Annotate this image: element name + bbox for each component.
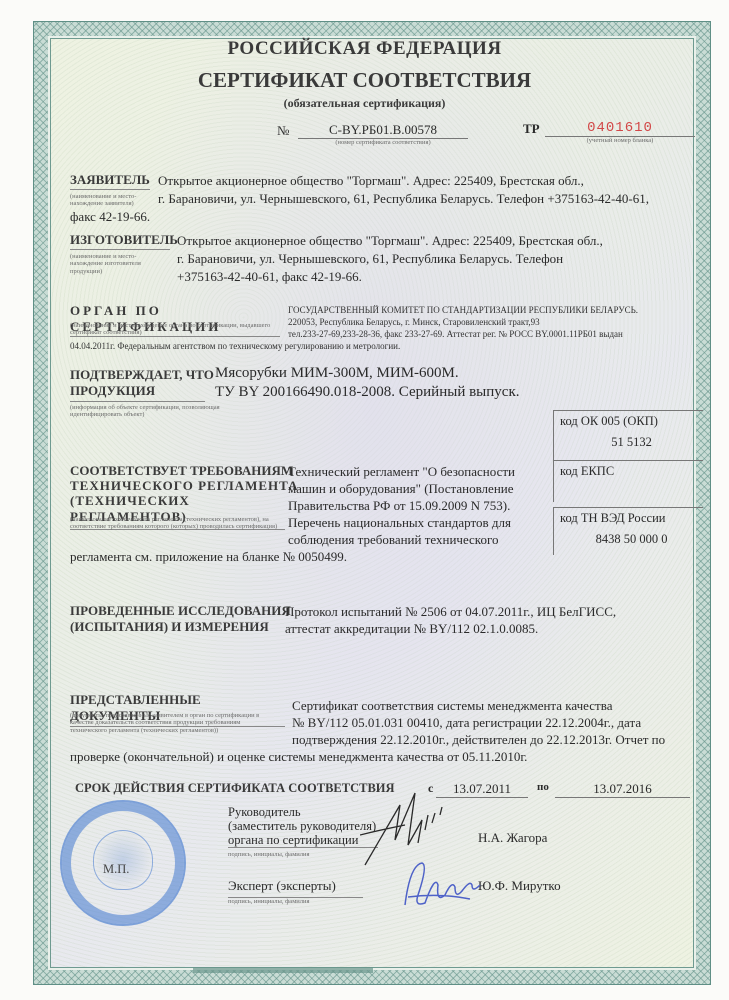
head-title-line1: Руководитель [228, 805, 378, 819]
certificate-title: СЕРТИФИКАТ СООТВЕТСТВИЯ [0, 68, 729, 93]
head-caption: подпись, инициалы, фамилия [228, 851, 310, 858]
validity-to-label: по [537, 781, 549, 793]
documents-line2: № BY/112 05.01.031 00410, дата регистрац… [292, 714, 641, 731]
certification-body-line2: 220053, Республика Беларусь, г. Минск, С… [288, 316, 540, 328]
number-sign: № [277, 123, 289, 139]
certification-body-line4: 04.04.2011г. Федеральным агентством по т… [70, 340, 400, 352]
okp-code-box: код ОК 005 (ОКП) 51 5132 [553, 410, 703, 462]
tnved-code-box: код ТН ВЭД России 8438 50 000 0 [553, 507, 703, 555]
certification-body-line1: ГОСУДАРСТВЕННЫЙ КОМИТЕТ ПО СТАНДАРТИЗАЦИ… [288, 304, 638, 316]
head-title: Руководитель (заместитель руководителя) … [228, 805, 378, 848]
applicant-line1: Открытое акционерное общество "Торгмаш".… [158, 172, 584, 189]
certificate-number: С-BY.РБ01.В.00578 [298, 122, 468, 139]
expert-caption: подпись, инициалы, фамилия [228, 898, 310, 905]
tr-label: ТР [523, 121, 540, 137]
product-label-line1: ПОДТВЕРЖДАЕТ, ЧТО [70, 367, 214, 383]
tnved-code-value: 8438 50 000 0 [560, 532, 703, 547]
applicant-line3: факс 42-19-66. [70, 208, 150, 225]
head-name: Н.А. Жагора [478, 829, 547, 846]
blank-number: 0401610 [545, 120, 695, 137]
expert-signature-icon [400, 855, 490, 915]
conformity-line6: регламента см. приложение на бланке № 00… [70, 548, 347, 565]
expert-label: Эксперт (эксперты) [228, 877, 363, 898]
okp-code-value: 51 5132 [560, 435, 703, 450]
conformity-line4: Перечень национальных стандартов для [288, 514, 511, 531]
blank-number-field: 0401610 (учетный номер бланка) [545, 118, 695, 144]
product-label-line2: ПРОДУКЦИЯ [70, 383, 205, 402]
expert-name: Ю.Ф. Мирутко [478, 877, 561, 894]
coat-of-arms-icon [93, 830, 153, 890]
conformity-line3: Правительства РФ от 15.09.2009 N 753). [288, 497, 510, 514]
country-heading: РОССИЙСКАЯ ФЕДЕРАЦИЯ [0, 38, 729, 60]
applicant-caption: (наименование и место-нахождение заявите… [70, 193, 152, 208]
okp-code-label: код ОК 005 (ОКП) [560, 414, 703, 429]
documents-line1: Сертификат соответствия системы менеджме… [292, 697, 612, 714]
product-line2: ТУ BY 200166490.018-2008. Серийный выпус… [215, 384, 519, 401]
tnved-code-label: код ТН ВЭД России [560, 511, 703, 526]
validity-label: СРОК ДЕЙСТВИЯ СЕРТИФИКАТА СООТВЕТСТВИЯ [75, 781, 395, 796]
validity-to-date: 13.07.2016 [555, 780, 690, 798]
ekps-code-box: код ЕКПС [553, 460, 703, 502]
ekps-code-label: код ЕКПС [560, 464, 703, 479]
documents-line4: проверке (окончательной) и оценке систем… [70, 748, 527, 765]
conformity-label-line2: ТЕХНИЧЕСКОГО РЕГЛАМЕНТА [70, 478, 299, 494]
manufacturer-caption: (наименование и место-нахождение изготов… [70, 253, 160, 275]
conformity-line5: соблюдения требований технического [288, 531, 498, 548]
conformity-line1: Технический регламент "О безопасности [288, 463, 515, 480]
certificate-subtitle: (обязательная сертификация) [0, 96, 729, 111]
product-line1: Мясорубки МИМ-300М, МИМ-600М. [215, 365, 459, 382]
conformity-line2: машин и оборудования" (Постановление [288, 480, 514, 497]
applicant-line2: г. Барановичи, ул. Чернышевского, 61, Ре… [158, 190, 649, 207]
tests-label-line1: ПРОВЕДЕННЫЕ ИССЛЕДОВАНИЯ [70, 603, 291, 619]
certification-body-caption: (наименование и местонахождение органа п… [70, 322, 285, 337]
conformity-caption: (наименование технического регламента (т… [70, 516, 280, 531]
tests-line2: аттестат аккредитации № BY/112 02.1.0.00… [285, 620, 538, 637]
manufacturer-line1: Открытое акционерное общество "Торгмаш".… [177, 232, 603, 249]
documents-caption: (документы, представленные заявителем в … [70, 712, 275, 734]
manufacturer-line2: г. Барановичи, ул. Чернышевского, 61, Ре… [177, 250, 563, 267]
head-title-line2: (заместитель руководителя) [228, 819, 378, 833]
product-caption: (информация об объекте сертификации, поз… [70, 404, 220, 419]
documents-line3: подтверждения 22.12.2010г., действителен… [292, 731, 665, 748]
seal-label: М.П. [103, 862, 129, 877]
tests-line1: Протокол испытаний № 2506 от 04.07.2011г… [285, 603, 616, 620]
certificate-number-field: С-BY.РБ01.В.00578 (номер сертификата соо… [298, 121, 468, 146]
certification-body-line3: тел.233-27-69,233-28-36, факс 233-27-69.… [288, 328, 623, 340]
applicant-label: ЗАЯВИТЕЛЬ [70, 172, 150, 190]
certificate-number-caption: (номер сертификата соответствия) [298, 139, 468, 146]
conformity-label-line1: СООТВЕТСТВУЕТ ТРЕБОВАНИЯМ [70, 463, 293, 479]
footer-print-info [193, 967, 373, 973]
manufacturer-line3: +375163-42-40-61, факс 42-19-66. [177, 268, 362, 285]
tests-label-line2: (ИСПЫТАНИЯ) И ИЗМЕРЕНИЯ [70, 619, 269, 635]
manufacturer-label: ИЗГОТОВИТЕЛЬ [70, 232, 170, 250]
head-title-line3: органа по сертификации [228, 833, 378, 848]
blank-number-caption: (учетный номер бланка) [545, 137, 695, 144]
